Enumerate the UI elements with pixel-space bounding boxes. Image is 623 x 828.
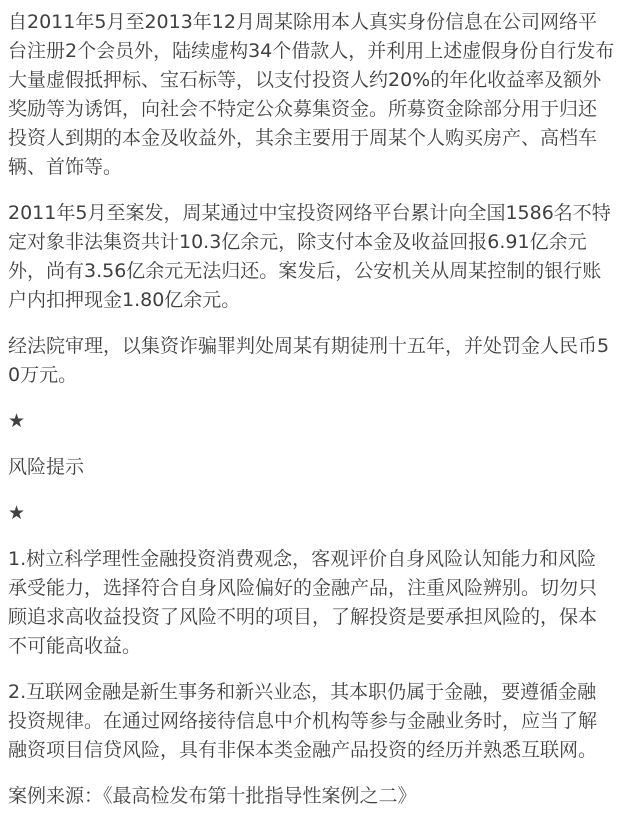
case-article: 自2011年5月至2013年12月周某除用本人真实身份信息在公司网络平台注册2个…	[8, 8, 615, 811]
star-divider-icon: ★	[8, 499, 615, 528]
verdict-paragraph: 经法院审理，以集资诈骗罪判处周某有期徒刑十五年，并处罚金人民币50万元。	[8, 332, 615, 390]
case-facts-paragraph-1: 自2011年5月至2013年12月周某除用本人真实身份信息在公司网络平台注册2个…	[8, 8, 615, 182]
case-facts-paragraph-2: 2011年5月至案发，周某通过中宝投资网络平台累计向全国1586名不特定对象非法…	[8, 199, 615, 315]
case-source-line: 案例来源：《最高检发布第十批指导性案例之二》	[8, 782, 615, 811]
risk-tip-2: 2.互联网金融是新生事务和新兴业态，其本职仍属于金融，要遵循金融投资规律。在通过…	[8, 678, 615, 765]
risk-tip-1: 1.树立科学理性金融投资消费观念，客观评价自身风险认知能力和风险承受能力，选择符…	[8, 545, 615, 661]
star-divider-icon: ★	[8, 407, 615, 436]
risk-section-title: 风险提示	[8, 453, 615, 482]
